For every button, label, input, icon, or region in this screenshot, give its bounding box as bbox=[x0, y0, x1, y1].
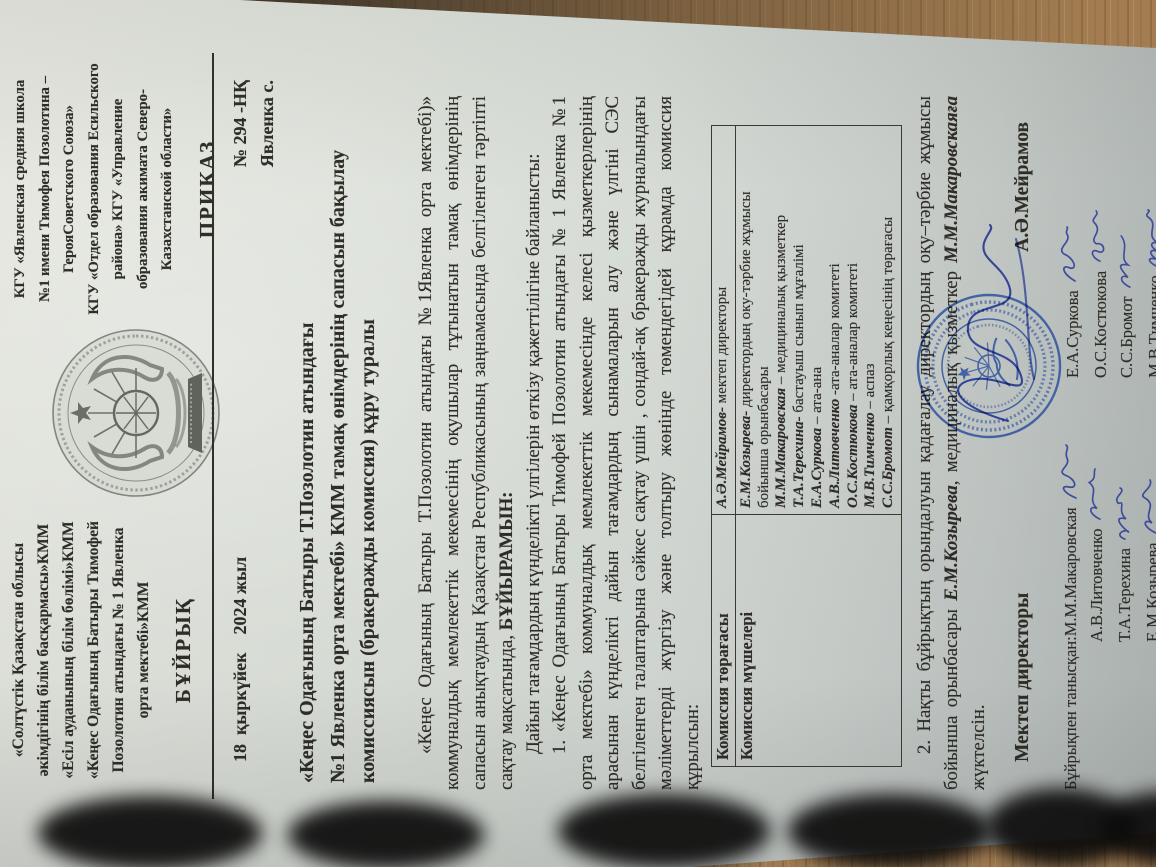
acquainted-line: С.С.Бромот bbox=[1114, 209, 1140, 378]
member-line: Е.М.Козырева- директордың оку-тәрбие жұм… bbox=[738, 132, 774, 508]
org-line: КГУ «Явленская средняя школа bbox=[8, 51, 33, 327]
acquainted-name: А.В.Литовченко bbox=[1085, 529, 1110, 642]
preamble-text: «Кеңес Одағының Батыры Т.Позолотин атынд… bbox=[415, 96, 517, 790]
member-name: Е.А.Суркова bbox=[809, 428, 825, 508]
member-name: М.М.Макаровская bbox=[773, 388, 789, 508]
acquainted-line: Т.А.Терехина bbox=[1110, 96, 1138, 790]
signature-icon bbox=[1086, 209, 1112, 265]
school-emblem-icon bbox=[50, 327, 222, 499]
order-body: «Кеңес Одағының Батыры Т.Позолотин атынд… bbox=[412, 96, 1156, 790]
doc-type-russian: ПРИКАЗ bbox=[195, 51, 220, 327]
acquainted-line: М.В.Тимченко bbox=[1140, 209, 1156, 378]
p4-name: Е.М.Козырева bbox=[941, 485, 962, 601]
photographed-order-document: «Солтүстік Қазақстан облысы әкімдігінің … bbox=[0, 0, 1156, 867]
letterhead: «Солтүстік Қазақстан облысы әкімдігінің … bbox=[6, 51, 222, 801]
table-row: Комиссия мүшелері Е.М.Козырева- директор… bbox=[735, 126, 901, 766]
member-name: Т.А.Терехина- bbox=[791, 416, 807, 508]
member-line: М.В.Тимченко – аспаз bbox=[862, 132, 880, 508]
org-line: орта мектебі»КММ bbox=[131, 499, 156, 801]
acquainted-name: М.В.Тимченко bbox=[1143, 275, 1156, 378]
member-line: А.В.Литовченко -ата-аналар комитеті bbox=[827, 132, 845, 508]
director-signature-icon bbox=[938, 219, 1050, 439]
paragraph-preamble: «Кеңес Одағының Батыры Т.Позолотин атынд… bbox=[412, 96, 520, 790]
order-number-block: № 294 -НҚ Явленка с. bbox=[227, 80, 281, 167]
signature-icon bbox=[1114, 234, 1138, 290]
signature-icon bbox=[1058, 443, 1082, 501]
member-role: – ата-ана bbox=[809, 367, 825, 428]
acquainted-name: С.С.Бромот bbox=[1115, 296, 1140, 378]
org-line: района» КГУ «Управление bbox=[106, 51, 131, 327]
org-line: ГерояСоветского Союза» bbox=[57, 51, 82, 327]
acquainted-label: Бұйрықпен танысқан: bbox=[1059, 636, 1084, 790]
acquainted-line: Бұйрықпен танысқан: М.М.Макаровская bbox=[1058, 96, 1084, 790]
acquainted-name: Т.А.Терехина bbox=[1113, 548, 1138, 642]
acquainted-column-2: Е.А.Суркова О.С.Костюкова С.С.Бромот М.В… bbox=[1058, 209, 1156, 378]
signature-icon bbox=[1084, 467, 1108, 523]
member-name: А.Ә.Мейрамов- bbox=[714, 407, 730, 508]
order-verb: БҰЙЫРАМЫН: bbox=[496, 492, 517, 631]
acquainted-line: А.В.Литовченко bbox=[1084, 96, 1110, 790]
paragraph-reason: Дайын тағамдардың күнделікті үлгілерін ө… bbox=[520, 96, 547, 790]
signature-icon bbox=[1140, 209, 1156, 269]
order-title-line: «Кеңес Одағының Батыры Т.Позолотин атынд… bbox=[292, 83, 323, 783]
member-role: – ата-аналар комитеті bbox=[845, 263, 861, 405]
member-line: А.Ә.Мейрамов- мектеп директоры bbox=[714, 132, 732, 508]
member-name: Е.М.Козырева- bbox=[738, 411, 754, 508]
order-date: 18 қыркүйек 2024 жыл bbox=[227, 557, 281, 762]
order-title-line: комиссиясын (бракеражды комиссия) құру т… bbox=[353, 83, 384, 783]
acquainted-line: О.С.Костюкова bbox=[1086, 209, 1114, 378]
member-role: – медициналық қызметкер bbox=[773, 215, 789, 388]
acquainted-name: Е.М.Козырева bbox=[1141, 542, 1156, 642]
blurred-object bbox=[288, 801, 484, 867]
org-line: образования акимата Северо- bbox=[131, 51, 156, 327]
org-line: КГУ «Отдел образования Есильского bbox=[82, 51, 107, 327]
signature-icon bbox=[1110, 486, 1136, 542]
org-line: «Есіл ауданының білім бөлімі»КММ bbox=[56, 499, 81, 801]
blurred-object bbox=[788, 794, 992, 867]
member-line: С.С.Бромот – қамқорлық кеңесінің төрағас… bbox=[880, 132, 898, 508]
org-line: №1 имени Тимофея Позолотина – bbox=[33, 51, 58, 327]
org-line: «Кеңес Одағының Батыры Тимофей bbox=[81, 499, 106, 801]
table-row: Комиссия төрағасы А.Ә.Мейрамов- мектеп д… bbox=[712, 126, 735, 766]
commission-table: Комиссия төрағасы А.Ә.Мейрамов- мектеп д… bbox=[711, 125, 902, 767]
doc-type-kazakh: БҰЙРЫҚ bbox=[171, 499, 196, 801]
order-title: «Кеңес Одағының Батыры Т.Позолотин атынд… bbox=[292, 83, 384, 783]
paragraph-point-1: 1. «Кеңес Одағының Батыры Тимофей Позоло… bbox=[547, 96, 706, 790]
signature-icon bbox=[1058, 226, 1084, 284]
letterhead-russian-column: КГУ «Явленская средняя школа №1 имени Ти… bbox=[6, 51, 219, 327]
member-line: Е.А.Суркова – ата-ана bbox=[809, 132, 827, 508]
blurred-object bbox=[558, 794, 770, 867]
commission-members-label: Комиссия мүшелері bbox=[736, 514, 901, 766]
org-line: әкімдігінің білім басқармасы»КММ bbox=[31, 499, 56, 801]
org-line: Казахстанской области» bbox=[155, 51, 180, 327]
blurred-object bbox=[38, 796, 262, 867]
commission-members-cell: Е.М.Козырева- директордың оку-тәрбие жұм… bbox=[736, 126, 901, 514]
member-line: Т.А.Терехина- бастауыш сынып мұғалімі bbox=[791, 132, 809, 508]
member-role: бастауыш сынып мұғалімі bbox=[791, 244, 807, 416]
member-name: О.С.Костюкова bbox=[845, 405, 861, 508]
member-role: – аспаз bbox=[862, 363, 878, 412]
member-name: М.В.Тимченко bbox=[862, 412, 878, 508]
org-line: «Солтүстік Қазақстан облысы bbox=[6, 499, 31, 801]
letterhead-kazakh-column: «Солтүстік Қазақстан облысы әкімдігінің … bbox=[6, 499, 196, 801]
member-line: М.М.Макаровская – медициналық қызметкер bbox=[773, 132, 791, 508]
commission-chair-cell: А.Ә.Мейрамов- мектеп директоры bbox=[712, 126, 735, 514]
acquainted-line: Е.М.Козырева bbox=[1138, 96, 1156, 790]
paragraph-point-2: 2. Нақты бұйрықтың орындалуын қадағалау … bbox=[911, 96, 992, 790]
school-emblem bbox=[6, 327, 222, 499]
order-meta-row: 18 қыркүйек 2024 жыл № 294 -НҚ Явленка с… bbox=[227, 80, 281, 762]
member-role: мектеп директоры bbox=[714, 287, 730, 407]
order-place: Явленка с. bbox=[254, 80, 281, 167]
org-line: Позолотин атындағы № 1 Явленка bbox=[106, 499, 131, 801]
acquainted-block: Бұйрықпен танысқан: М.М.Макаровская А.В.… bbox=[1058, 96, 1156, 790]
member-name: А.В.Литовченко bbox=[827, 399, 843, 508]
p4-text: жүктелсін. bbox=[968, 705, 989, 790]
commission-chair-label: Комиссия төрағасы bbox=[712, 514, 735, 766]
acquainted-name: О.С.Костюкова bbox=[1089, 271, 1114, 378]
document-content: «Солтүстік Қазақстан облысы әкімдігінің … bbox=[0, 0, 1156, 867]
letterhead-divider-line bbox=[212, 53, 214, 799]
signature-icon bbox=[1138, 478, 1156, 536]
member-role: -ата-аналар комитеті bbox=[827, 263, 843, 398]
member-name: С.С.Бромот bbox=[880, 427, 896, 508]
director-label: Мектеп директоры bbox=[1009, 593, 1036, 762]
order-title-line: №1 Явленка орта мектебі» КММ тамақ өнімд… bbox=[323, 83, 354, 783]
member-role: – қамқорлық кеңесінің төрағасы bbox=[880, 217, 896, 427]
order-number: № 294 -НҚ bbox=[227, 80, 254, 167]
acquainted-name: М.М.Макаровская bbox=[1059, 507, 1084, 636]
member-line: О.С.Костюкова – ата-аналар комитеті bbox=[845, 132, 863, 508]
